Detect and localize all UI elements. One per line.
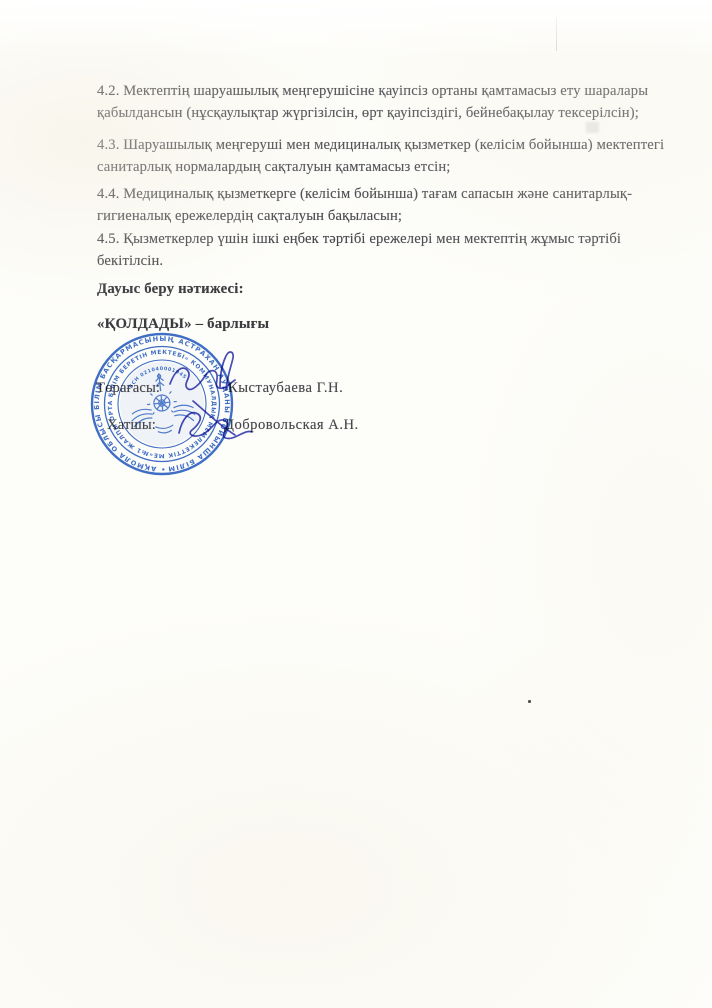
scanned-document-page: 4.2. Мектептің шаруашылық меңгерушісіне … (0, 0, 712, 1008)
scan-artifact-dot (528, 700, 531, 703)
clause-4-2: 4.2. Мектептің шаруашылық меңгерушісіне … (97, 81, 697, 124)
clause-4-3: 4.3. Шаруашылық меңгеруші мен медициналы… (97, 135, 697, 178)
vote-heading: Дауыс беру нәтижесі: (97, 281, 244, 298)
scan-artifact-smudge (586, 122, 599, 133)
scan-artifact-line (556, 18, 557, 51)
clause-4-4: 4.4. Медициналық қызметкерге (келісім бо… (97, 184, 697, 227)
secretary-signature (165, 393, 280, 448)
chairman-signature (150, 322, 260, 402)
clause-4-5: 4.5. Қызметкерлер үшін ішкі еңбек тәртіб… (97, 229, 697, 272)
